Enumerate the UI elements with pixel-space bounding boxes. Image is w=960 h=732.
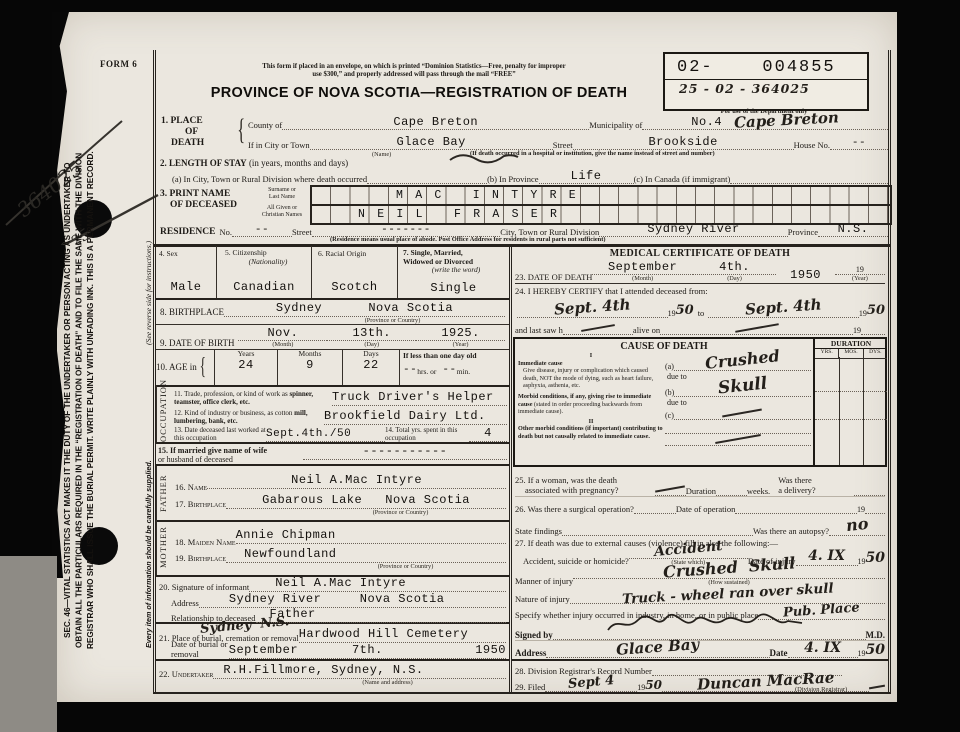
- birthplace-row: 8. BIRTHPLACE Sydney Nova Scotia (Provin…: [156, 298, 509, 325]
- occupation-side-label: OCCUPATION: [156, 385, 172, 442]
- page-title: PROVINCE OF NOVA SCOTIA—REGISTRATION OF …: [158, 85, 680, 101]
- father-birthplace-sublabel: (Province or Country): [175, 509, 506, 516]
- city-value: Glace Bay: [397, 135, 466, 149]
- duration-mos: MOS.: [839, 349, 863, 358]
- birthplace-value: Sydney Nova Scotia: [276, 301, 453, 315]
- county-value: Cape Breton: [393, 115, 478, 129]
- print-name-label: 3. PRINT NAME OF DECEASED: [160, 189, 237, 211]
- findings-label: State findings: [515, 526, 562, 536]
- cause-b-label: (b): [665, 388, 674, 397]
- margin-see-reverse: (See reverse side for instructions.): [144, 150, 153, 345]
- stay-b-label: (b) In Province: [487, 174, 538, 184]
- last-saw-line: and last saw h alive on 19: [515, 319, 885, 335]
- registration-number-printed: 02- 004855: [665, 54, 867, 79]
- surname-boxes: MAC INTYRE: [310, 185, 892, 206]
- dob-year-field: 1925. (Year): [416, 326, 505, 348]
- informant-relationship-field: Father: [256, 604, 506, 623]
- age-days-value: 22: [343, 358, 399, 372]
- dob-year-sublabel: (Year): [453, 341, 469, 348]
- delivery-label-1: Was there: [778, 475, 812, 485]
- trade-value: Truck Driver's Helper: [332, 390, 494, 404]
- date-of-birth-row: 9. DATE OF BIRTH Nov. (Month) 13th. (Day…: [156, 324, 509, 350]
- total-years-field: 4: [469, 423, 507, 442]
- undertaker-field: R.H.Fillmore, Sydney, N.S.: [213, 660, 506, 679]
- filed-19: 19: [637, 683, 645, 692]
- operation-date-label: Date of operation: [676, 504, 735, 514]
- findings-row: State findings Was there an autopsy? no: [515, 518, 885, 536]
- nature-label: Nature of injury: [515, 594, 570, 604]
- residence-province-value: N.S.: [838, 222, 869, 236]
- street-value: Brookside: [648, 135, 717, 149]
- city-label: If in City or Town: [248, 140, 310, 150]
- birthplace-label: 8. BIRTHPLACE: [160, 307, 224, 317]
- birthplace-sublabel: (Province or Country): [156, 317, 509, 324]
- age-months-value: 9: [278, 358, 342, 372]
- immediate-cause-text: Give disease, injury or complication whi…: [518, 367, 664, 390]
- father-group: FATHER 16. Name Neil A.Mac Intyre 17. Bi…: [156, 466, 509, 522]
- place-county-line: County of Cape Breton Municipality of No…: [248, 112, 888, 130]
- municipality-handwritten: Cape Breton: [734, 108, 840, 131]
- residence-no-field: --: [232, 224, 292, 237]
- dod-day-field: 4th. (Day): [693, 260, 777, 282]
- spouse-row: 15. If married give name of wife or husb…: [156, 442, 509, 466]
- age-years-label: Years: [215, 349, 277, 358]
- burial-date-value: September 7th. 1950: [229, 643, 506, 657]
- md-address-row: Address Glace Bay Date 4. IX 19 50: [515, 640, 885, 658]
- registrar-sublabel: (Division Registrar): [795, 686, 847, 693]
- pregnancy-duration-label: Duration: [686, 486, 716, 496]
- surname-sublabel-1: Surname or: [256, 187, 308, 194]
- residence-division-field: Sydney River: [599, 222, 787, 237]
- place-label-1: 1. PLACE: [161, 116, 204, 127]
- undertaker-row: 22. Undertaker R.H.Fillmore, Sydney, N.S…: [156, 661, 509, 692]
- residence-street-label: Street: [292, 227, 312, 237]
- municipality-label: Municipality of: [589, 120, 642, 130]
- age-hrs-label: hrs. or: [417, 367, 436, 376]
- form-bottom-border: [153, 692, 891, 694]
- stay-b-field: Life: [539, 169, 634, 184]
- dod-month-field: September (Month): [592, 260, 692, 282]
- father-name-value: Neil A.Mac Intyre: [291, 473, 422, 487]
- mail-note: This form if placed in an envelope, on w…: [168, 63, 660, 79]
- dod-year-field: 1950: [776, 268, 835, 282]
- dod-day-sublabel: (Day): [727, 275, 742, 282]
- sex-label: 4. Sex: [156, 246, 216, 258]
- residence-no-value: --: [255, 224, 269, 236]
- physician-signature: [604, 612, 814, 634]
- undertaker-value: R.H.Fillmore, Sydney, N.S.: [223, 663, 423, 677]
- filed-date-value: Sept 4: [567, 673, 614, 692]
- residence-province-field: N.S.: [818, 222, 888, 237]
- length-of-stay-line: (a) In City, Town or Rural Division wher…: [172, 168, 888, 184]
- city-name-sub: (Name): [372, 151, 391, 158]
- undertaker-label: 22. Undertaker: [159, 669, 213, 679]
- residence-no-label: No.: [219, 227, 232, 237]
- date-of-death-row: 23. DATE OF DEATH September (Month) 4th.…: [515, 260, 885, 284]
- cause-b-field: Skull: [674, 376, 811, 397]
- mother-birthplace-field: Newfoundland: [226, 544, 506, 563]
- age-row: 10. AGE in { Years 24 Months 9 Days 22 I…: [156, 349, 509, 387]
- operation-row: 26. Was there a surgical operation? Date…: [515, 500, 885, 514]
- last-worked-value: Sept.4th./50: [266, 428, 351, 440]
- alive-on-label: alive on: [633, 325, 660, 335]
- delivery-label-2: a delivery?: [778, 485, 816, 495]
- age-days-cell: Days 22: [343, 349, 400, 385]
- md-address-label: Address: [515, 648, 546, 658]
- duration-label: DURATION: [815, 339, 887, 349]
- birthplace-field: Sydney Nova Scotia: [224, 298, 505, 317]
- residence-province-label: Province: [788, 227, 818, 237]
- dob-label: 9. DATE OF BIRTH: [160, 338, 234, 348]
- md-date-year: 50: [866, 642, 885, 658]
- manner-label: Manner of injury: [515, 576, 573, 586]
- filed-date-field: Sept 4: [545, 673, 637, 692]
- citizenship-label: 5. Citizenship: [225, 248, 267, 257]
- cause-c-field: [674, 401, 811, 420]
- trade-label-1: 11. Trade, profession, or kind of work a…: [174, 390, 288, 398]
- operation-label: 26. Was there a surgical operation?: [515, 504, 634, 514]
- county-label: County of: [248, 120, 282, 130]
- dod-label: 23. DATE OF DEATH: [515, 272, 592, 282]
- house-no-label: House No.: [794, 140, 830, 150]
- autopsy-value: no: [845, 514, 869, 535]
- informant-address-label: Address: [171, 598, 199, 608]
- length-of-stay-label: 2. LENGTH OF STAY (in years, months and …: [160, 158, 348, 168]
- street-label: Street: [553, 140, 573, 150]
- occupation-group: OCCUPATION 11. Trade, profession, or kin…: [156, 385, 509, 444]
- registration-number-box: 02- 004855 25 - 02 - 364025: [663, 52, 869, 111]
- weeks-label: weeks.: [747, 486, 770, 496]
- residence-division-value: Sydney River: [647, 222, 739, 236]
- morbid-label-rest: (stated in order proceeding backwards fr…: [518, 401, 642, 416]
- cause-c-label: (c): [665, 411, 674, 420]
- stay-c-field: [730, 183, 888, 184]
- age-brace: {: [199, 354, 205, 381]
- dod-month-value: September: [592, 260, 692, 275]
- age-hrs-value: --: [403, 364, 417, 376]
- father-birthplace-label: 17. Birthplace: [175, 499, 226, 509]
- pregnancy-field: [655, 477, 686, 496]
- immediate-cause-label: Immediate cause: [518, 360, 664, 368]
- trade-field: Truck Driver's Helper: [332, 387, 507, 406]
- md-address-value: Glace Bay: [616, 635, 700, 659]
- filed-year-value: 50: [645, 678, 662, 692]
- pregnancy-row: 25. If a woman, was the death associated…: [515, 470, 885, 497]
- death-certificate-scan: 364025 96 25 SEC. 46—VITAL STATISTICS AC…: [0, 0, 960, 732]
- duration-yrs: YRS.: [815, 349, 839, 358]
- age-min-value: --: [442, 364, 456, 376]
- citizenship-sublabel: (Nationality): [225, 258, 311, 267]
- alive-on-field: [660, 316, 853, 335]
- manner-value: Crushed Skull: [662, 553, 795, 581]
- signed-by-field: [553, 612, 866, 640]
- stay-label: 2. LENGTH OF STAY: [160, 158, 247, 168]
- father-name-label: 16. Name: [175, 482, 207, 492]
- filed-label: 29. Filed: [515, 682, 545, 692]
- dod-day-value: 4th.: [693, 260, 777, 275]
- industry-label-1: 12. Kind of industry or business, as cot…: [174, 409, 292, 417]
- house-no-field: --: [830, 137, 888, 150]
- place-label-3: DEATH: [161, 138, 204, 149]
- father-side-label: FATHER: [156, 466, 172, 520]
- age-years-cell: Years 24: [214, 349, 278, 385]
- given-sublabel-1: All Given or: [256, 205, 308, 212]
- age-label: 10. AGE in: [156, 362, 197, 372]
- dod-year-value: 1950: [776, 268, 835, 282]
- other-morbid-label: Other morbid conditions (if important) c…: [518, 425, 664, 440]
- autopsy-field: no: [829, 515, 885, 536]
- dob-month-value: Nov.: [238, 326, 327, 341]
- to-year-value: 50: [867, 303, 885, 318]
- residence-label: RESIDENCE: [160, 227, 215, 237]
- stay-a-field: [367, 183, 487, 184]
- attended-to-field: Sept. 4th: [708, 298, 859, 318]
- dod-19: 19: [835, 265, 885, 275]
- column-divider: [509, 246, 512, 692]
- age-years-value: 24: [215, 358, 277, 372]
- duration-dys: DYS.: [864, 349, 887, 358]
- spouse-field: -----------: [303, 441, 507, 460]
- total-years-label-1: 14. Total yrs. spent in: [385, 426, 445, 434]
- marital-sublabel: (write the word): [403, 266, 509, 275]
- dob-year-value: 1925.: [416, 326, 505, 341]
- medical-certificate-title: MEDICAL CERTIFICATE OF DEATH: [512, 248, 888, 259]
- street-flourish: [448, 152, 520, 164]
- undertaker-sublabel: (Name and address): [159, 679, 506, 686]
- surname-sublabel: Surname or Last Name: [256, 187, 308, 201]
- stay-c-label: (c) In Canada (if immigrant): [634, 174, 731, 184]
- mother-maiden-field: Annie Chipman: [236, 525, 506, 544]
- md-date-19: 19: [858, 649, 866, 658]
- form-right-border: [888, 50, 891, 694]
- place-brace: {: [237, 113, 245, 147]
- racial-origin-label: 6. Racial Origin: [312, 246, 397, 258]
- personal-row: 4. Sex Male 5. Citizenship (Nationality)…: [156, 246, 509, 300]
- age-months-label: Months: [278, 349, 342, 358]
- certify-label: 24. I HEREBY CERTIFY that I attended dec…: [515, 286, 708, 296]
- total-years-value: 4: [484, 426, 492, 440]
- residence-note: (Residence means usual place of abode. P…: [330, 236, 606, 243]
- citizenship-value: Canadian: [217, 280, 311, 294]
- pregnancy-label-2: associated with pregnancy?: [515, 485, 618, 495]
- margin-every-item: Every item of information should be care…: [144, 458, 153, 648]
- dod-year-sublabel: (Year): [852, 275, 868, 282]
- attended-from-field: Sept. 4th: [517, 298, 668, 318]
- place-of-death-label: 1. PLACE OF DEATH: [161, 116, 204, 149]
- pregnancy-label-1: 25. If a woman, was the death: [515, 475, 617, 485]
- industry-value: Brookfield Dairy Ltd.: [324, 409, 486, 423]
- place-city-line: If in City or Town Glace Bay Street Broo…: [248, 132, 888, 150]
- cause-a-label: (a): [665, 362, 674, 371]
- cause-of-death-box: CAUSE OF DEATH DURATION YRS. MOS. DYS. I…: [513, 337, 887, 467]
- stay-b-value: Life: [571, 169, 602, 183]
- autopsy-label: Was there an autopsy?: [753, 526, 829, 536]
- municipality-field: No.4 Cape Breton: [642, 111, 888, 130]
- manner-field: Crushed Skull (How sustained): [573, 558, 885, 586]
- mail-note-line2: use $300,” and properly addressed will p…: [168, 71, 660, 79]
- given-sublabel-2: Christian Names: [256, 212, 308, 219]
- father-birthplace-field: Gabarous Lake Nova Scotia: [226, 490, 506, 509]
- md-address-field: Glace Bay: [546, 638, 769, 658]
- last-saw-label: and last saw h: [515, 325, 563, 335]
- age-months-cell: Months 9: [278, 349, 343, 385]
- house-no-value: --: [852, 137, 866, 149]
- spouse-label-1: 15. If married give name of wife: [158, 446, 267, 455]
- street-field: Brookside: [573, 135, 794, 150]
- last-worked-label-1: 13. Date deceased last worked: [174, 426, 259, 434]
- print-name-label-2: OF DECEASED: [160, 200, 237, 211]
- mother-birthplace-label: 19. Birthplace: [175, 553, 226, 563]
- age-days-label: Days: [343, 349, 399, 358]
- burial-place-value: Hardwood Hill Cemetery: [299, 627, 468, 641]
- dod-month-sublabel: (Month): [632, 275, 653, 282]
- stay-label-sub: (in years, months and days): [249, 158, 348, 168]
- father-birthplace-value: Gabarous Lake Nova Scotia: [262, 493, 470, 507]
- delivery-field: [854, 495, 885, 496]
- to-19: 19: [859, 309, 867, 318]
- spouse-label-2: or husband of deceased: [158, 455, 233, 464]
- city-field: Glace Bay: [310, 135, 553, 150]
- mother-birthplace-value: Newfoundland: [244, 547, 336, 561]
- sex-cell: 4. Sex Male: [156, 246, 217, 298]
- dob-day-field: 13th. (Day): [327, 326, 416, 348]
- burial-date-field: September 7th. 1950: [229, 640, 506, 659]
- spouse-value: -----------: [363, 444, 448, 458]
- age-less-cell: If less than one day old -- hrs. or -- m…: [400, 349, 509, 385]
- mother-birthplace-sublabel: (Province or Country): [175, 563, 506, 570]
- dob-month-field: Nov. (Month): [238, 326, 327, 348]
- county-field: Cape Breton: [282, 115, 589, 130]
- residence-street-value: -------: [381, 224, 431, 236]
- operation-field: [634, 513, 676, 514]
- mother-side-label: MOTHER: [156, 520, 172, 575]
- father-name-field: Neil A.Mac Intyre: [207, 470, 506, 489]
- md-date-value: 4. IX: [804, 640, 841, 656]
- registrar-divider: [512, 659, 888, 661]
- operation-date-field: [735, 513, 857, 514]
- findings-field: [562, 535, 753, 536]
- last-saw-field: [563, 316, 633, 335]
- attended-line: Sept. 4th 19 50 to Sept. 4th 19 50: [517, 296, 885, 318]
- mail-note-line1: This form if placed in an envelope, on w…: [168, 63, 660, 71]
- margin-statute: SEC. 46—VITAL STATISTICS ACT MAKES IT TH…: [62, 146, 144, 654]
- cause-b-value: Skull: [717, 373, 768, 398]
- surname-value: MAC INTYRE: [396, 189, 588, 202]
- other-morbid-field-2: [665, 427, 811, 446]
- table-surface: [0, 556, 57, 732]
- md-date-label: Date: [770, 648, 788, 658]
- pregnancy-duration-field: [716, 495, 747, 496]
- md-date-field: 4. IX: [788, 639, 858, 658]
- racial-origin-cell: 6. Racial Origin Scotch: [312, 246, 398, 298]
- dob-month-sublabel: (Month): [272, 341, 293, 348]
- cause-a-value: Crushed: [704, 346, 780, 373]
- citizenship-cell: 5. Citizenship (Nationality) Canadian: [217, 246, 312, 298]
- dob-day-sublabel: (Day): [364, 341, 379, 348]
- surname-sublabel-2: Last Name: [256, 194, 308, 201]
- mother-group: MOTHER 18. Maiden Name Annie Chipman 19.…: [156, 520, 509, 577]
- informant-group: 20. Signature of informant Neil A.Mac In…: [156, 575, 509, 624]
- accident-value: Accident: [653, 538, 723, 560]
- municipality-value: No.4: [691, 115, 722, 129]
- cause-a-field: Crushed: [674, 350, 811, 371]
- md-label: M.D.: [866, 630, 886, 640]
- dod-19-field: 19 (Year): [835, 265, 885, 282]
- form-number: FORM 6: [100, 59, 137, 69]
- place-label-2: OF: [161, 127, 204, 138]
- cause-roman-1: I: [518, 352, 664, 360]
- stay-a-label: (a) In City, Town or Rural Division wher…: [172, 174, 367, 184]
- print-name-label-1: 3. PRINT NAME: [160, 189, 237, 200]
- racial-origin-value: Scotch: [312, 280, 397, 294]
- informant-signature-value: Neil A.Mac Intyre: [275, 576, 406, 590]
- age-min-label: min.: [457, 367, 471, 376]
- marital-value: Single: [398, 281, 509, 295]
- registration-number-handwritten: 25 - 02 - 364025: [665, 80, 867, 96]
- residence-line: RESIDENCE No. -- Street ------- City, To…: [160, 220, 888, 237]
- mother-maiden-value: Annie Chipman: [236, 528, 336, 542]
- last-worked-field: Sept.4th./50: [266, 423, 385, 442]
- age-less-label: If less than one day old: [403, 351, 506, 360]
- marital-cell: 7. Single, Married, Widowed or Divorced …: [398, 246, 509, 298]
- last-saw-19: 19: [853, 326, 861, 335]
- operation-19: 19: [857, 505, 865, 514]
- sex-value: Male: [156, 280, 216, 294]
- given-sublabel: All Given or Christian Names: [256, 205, 308, 219]
- dob-day-value: 13th.: [327, 326, 416, 341]
- cause-roman-2: II: [518, 418, 664, 426]
- burial-date-label: Date of burial or removal: [171, 639, 229, 659]
